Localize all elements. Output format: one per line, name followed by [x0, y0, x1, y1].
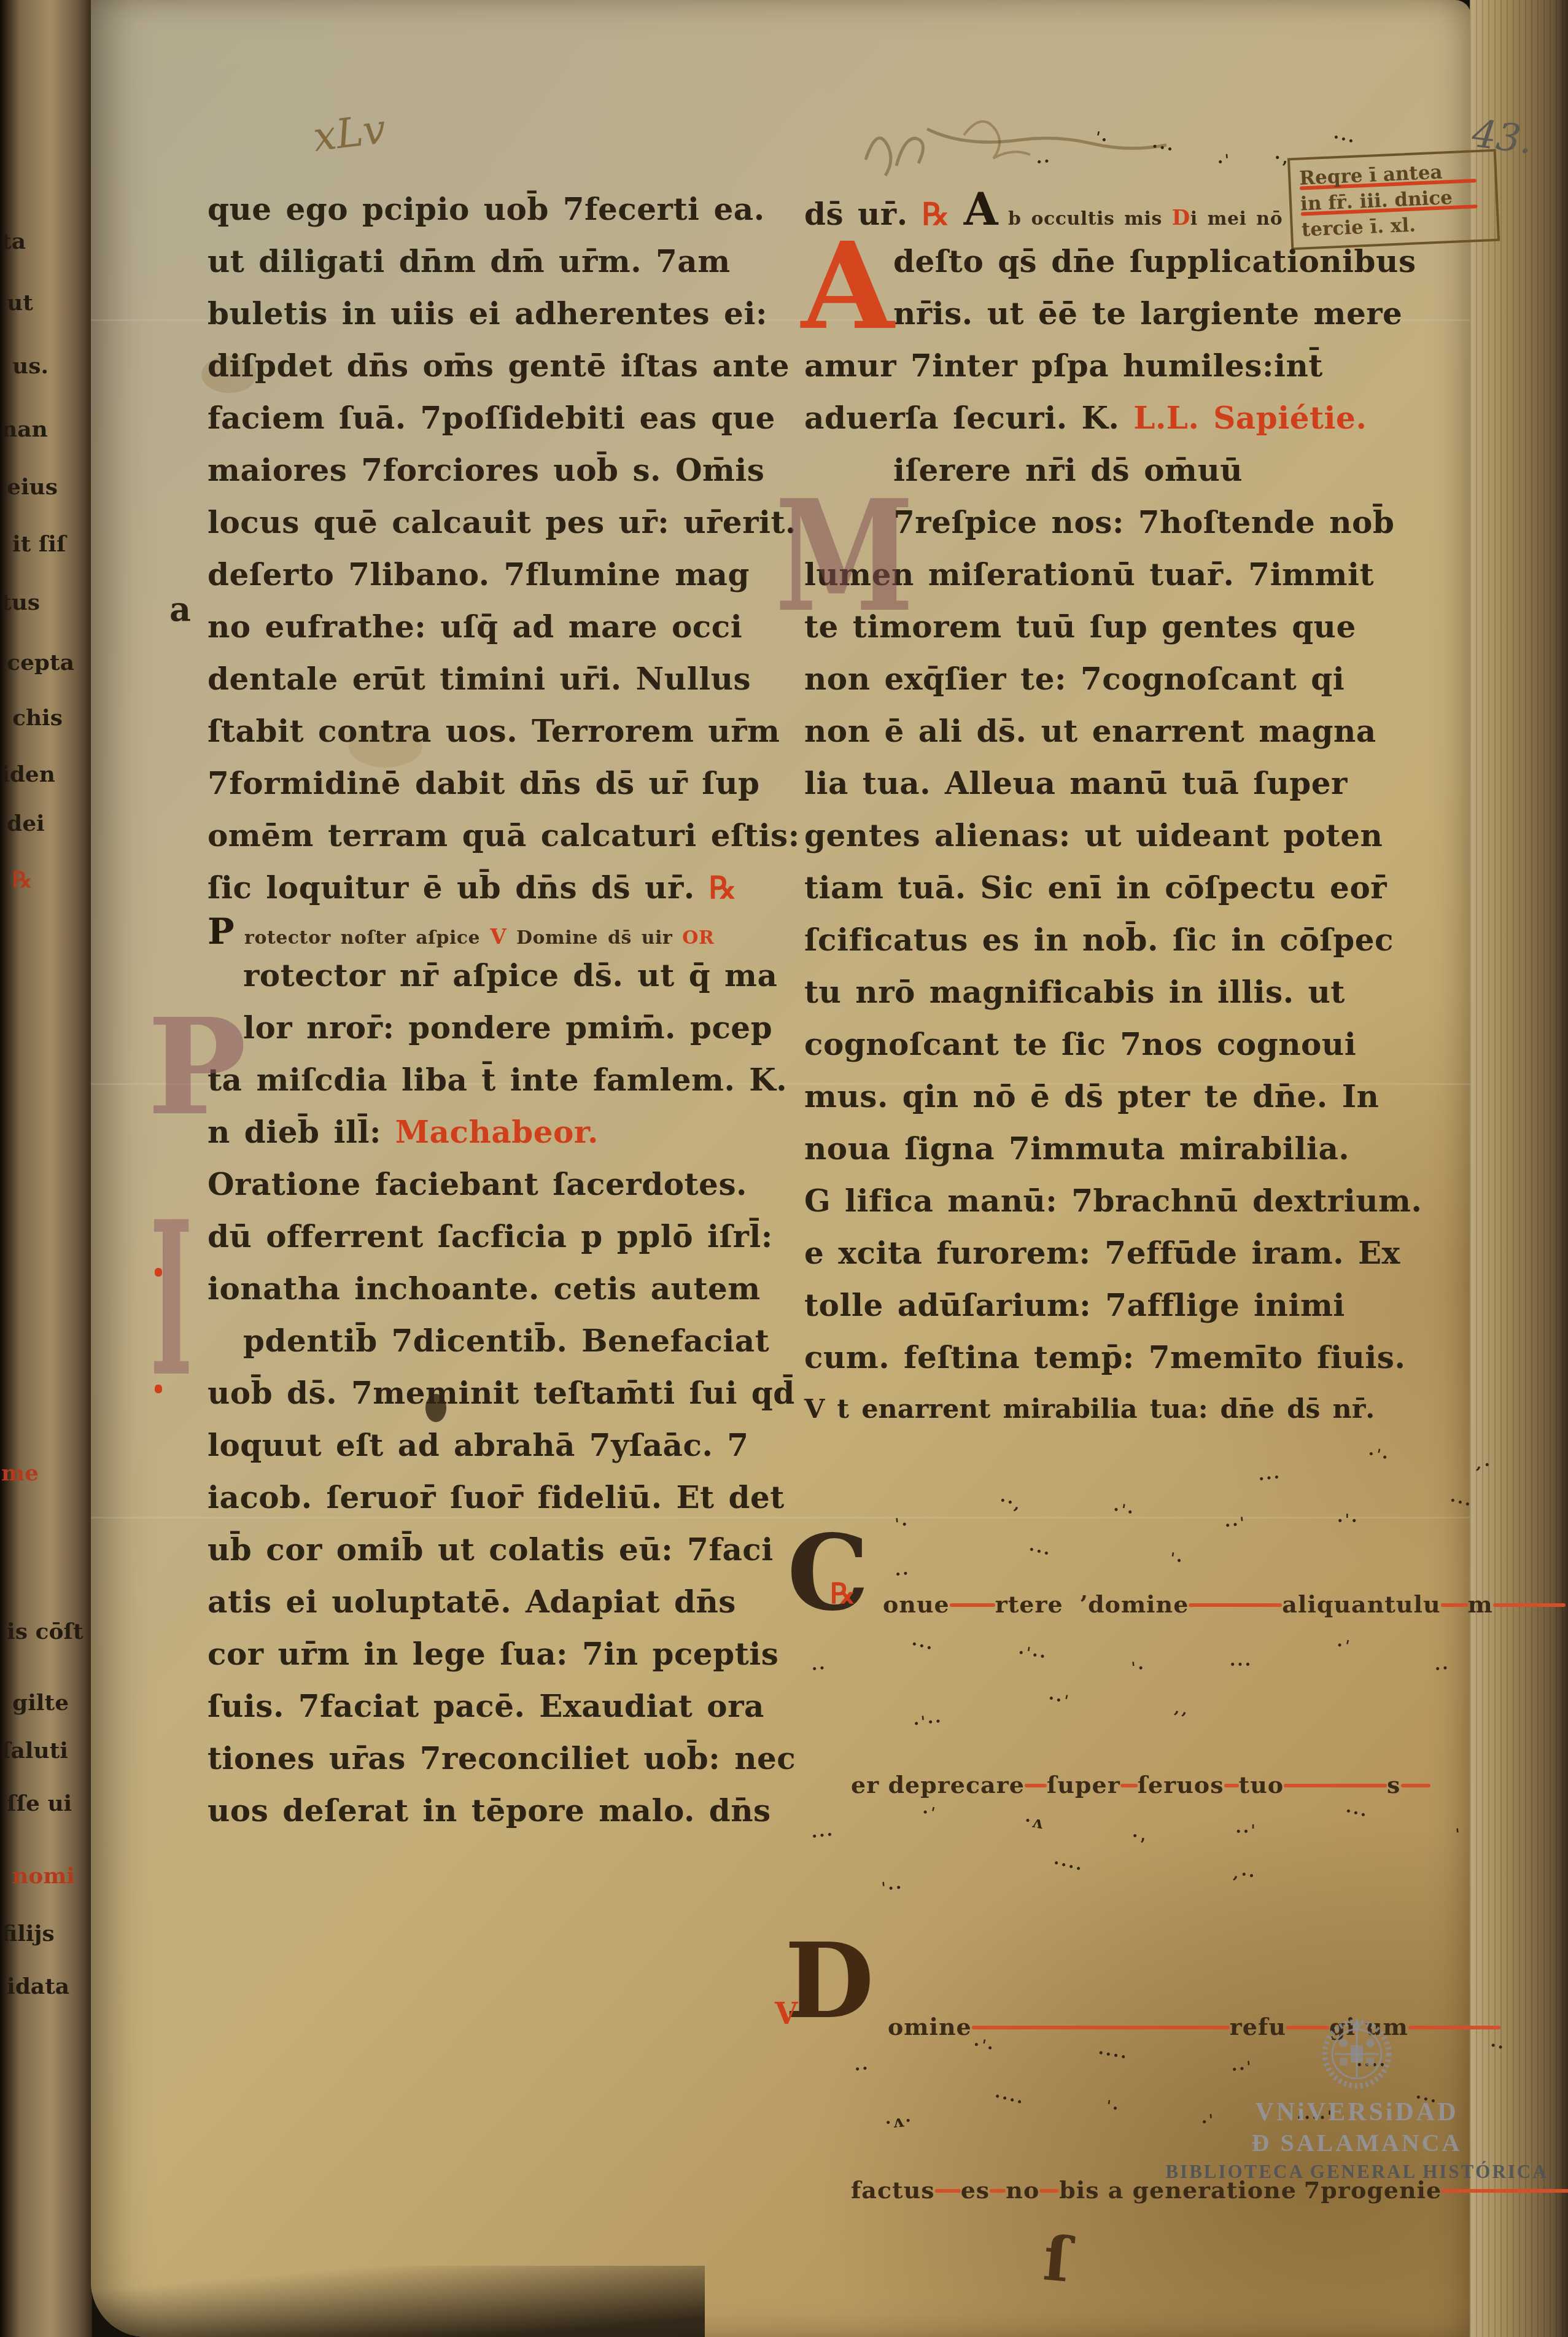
chant-text-line: er deprecareſuperſeruostuos	[851, 1771, 1430, 1798]
red-filler-line	[935, 2189, 961, 2193]
gutter-fragment: ut	[7, 290, 33, 316]
text-run: 7formidinē dabit dn̄s ds̄ ur̄ ſup	[208, 765, 760, 801]
text-line: Oratione faciebant ſacerdotes.	[208, 1158, 788, 1210]
text-run: ſtabit contra uos. Terrorem ur̄m	[208, 713, 780, 749]
music-syllable: m	[1468, 1590, 1493, 1618]
text-run: V	[490, 925, 506, 949]
text-line: cum. feſtina temp̄: 7memīto fiuis.	[804, 1331, 1510, 1383]
text-run: no eufrathe: uſq̄ ad mare occi	[208, 609, 742, 645]
red-filler-line	[950, 1603, 995, 1607]
text-run: tiones ur̄as 7reconciliet uob̄: nec	[208, 1740, 796, 1776]
neume-mark: ˈ·	[1130, 1658, 1146, 1679]
gutter-fragment: eius	[7, 474, 58, 500]
text-run: uob̄ ds̄. 7meminit teſtam̄ti ſui qd̄	[208, 1375, 795, 1411]
text-run: D	[1172, 206, 1190, 230]
text-line: loquut eſt ad abrahā 7yſaāc. 7	[208, 1419, 788, 1471]
text-line: faciem ſuā. 7poſſidebiti eas que	[208, 392, 788, 444]
text-run: mus. qin nō ē ds̄ pter te dn̄e. In	[804, 1078, 1379, 1114]
quire-mark: xLv	[311, 105, 389, 161]
text-line: G lifica manū: 7brachnū dextrium.	[804, 1175, 1510, 1227]
text-run: non exq̄ſier te: 7cognoſcant qi	[804, 661, 1345, 697]
text-run: dū offerrent ſacficia p pplō iſrl̄:	[208, 1218, 773, 1254]
music-syllable: rtere	[995, 1590, 1063, 1618]
text-line: nr̄is. ut ēē te largiente mere	[804, 287, 1510, 340]
text-line: n dieb̄ ill̄: Machabeor.	[208, 1106, 788, 1158]
red-filler-line	[1493, 1603, 1566, 1607]
initial-adesto: A	[801, 226, 894, 346]
text-run: atis ei uoluptatē. Adapiat dn̄s	[208, 1584, 736, 1620]
text-run: cognoſcant te ſic 7nos cognoui	[804, 1026, 1356, 1062]
text-line: ub̄ cor omib̄ ut colatis eū: 7faci	[208, 1523, 788, 1576]
neume-mark: ··	[810, 1658, 828, 1679]
neume-band: ˈ···‚·ˈ···ˈ·ˈ····	[895, 1512, 1472, 1531]
neume-mark: ···	[1230, 1655, 1252, 1674]
gutter-fragment: ta	[1, 228, 26, 254]
text-line: deſto qs̄ dn̄e ſupplicationibus	[804, 235, 1510, 287]
text-line: omēm terram quā calcaturi eſtis:	[208, 809, 788, 861]
text-run: V t enarrent mirabilia tua: dn̄e ds̄ nr̄…	[804, 1394, 1375, 1425]
text-line: lia tua. Alleua manū tuā ſuper	[804, 757, 1510, 809]
gutter-fragment: me	[1, 1460, 39, 1486]
text-run: uos deſerat in tēpore malo. dn̄s	[208, 1792, 771, 1829]
text-line: lor nror̄: pondere pmim̄. pcep	[208, 1001, 788, 1054]
music-syllable: es	[961, 2176, 990, 2204]
neume-mark: ·ˈ··	[913, 1712, 944, 1734]
text-run: cor ur̄m in lege ſua: 7in pceptis	[208, 1636, 778, 1672]
music-syllable: bis	[1059, 2176, 1099, 2204]
neume-band: ·ˈ····ˈ‚‚	[914, 1709, 1190, 1728]
manuscript-photo: tautus.naneiusit ſiſtusceptachisidendei℞…	[0, 0, 1568, 2337]
text-line: tiones ur̄as 7reconciliet uob̄: nec	[208, 1732, 788, 1784]
neume-mark: ···	[810, 1825, 835, 1846]
text-run: buletis in uiis ei adherentes ei:	[208, 295, 767, 332]
text-run: ub̄ cor omib̄ ut colatis eū: 7faci	[208, 1531, 774, 1568]
neume-band: ····ˈ·‚·	[1259, 1465, 1492, 1484]
music-syllable: er deprecare	[851, 1771, 1025, 1798]
initial-convertere: C	[787, 1522, 869, 1625]
neume-mark: ···	[1150, 137, 1176, 160]
text-run: ſic loquitur ē ub̄ dn̄s ds̄ ur̄.	[208, 869, 709, 906]
music-syllable: ʼdomine	[1079, 1590, 1189, 1618]
text-line: ta miſcdia liba t̄ inte famlem. K.	[208, 1054, 788, 1106]
text-run: tiam tuā. Sic enī in cōſpectu eor̄	[804, 869, 1387, 906]
text-run: cum. feſtina temp̄: 7memīto fiuis.	[804, 1339, 1405, 1375]
text-run: deſto qs̄ dn̄e ſupplicationibus	[893, 243, 1416, 279]
text-run: Oratione faciebant ſacerdotes.	[208, 1166, 747, 1202]
text-run: OR	[672, 927, 714, 949]
neume-mark: ‚··	[1232, 1864, 1257, 1886]
text-line: 7formidinē dabit dn̄s ds̄ ur̄ ſup	[208, 757, 788, 809]
red-filler-line	[1224, 1784, 1239, 1787]
text-run: iacob. ſeruor̄ ſuor̄ fideliū. Et det	[208, 1479, 785, 1515]
text-line: deſerto 7libano. 7flumine mag	[208, 548, 788, 601]
text-line: tiam tuā. Sic enī in cōſpectu eor̄	[804, 861, 1510, 914]
text-line: tolle adūſarium: 7afflige inimi	[804, 1279, 1510, 1331]
neume-mark: ·ˈ·	[1337, 1512, 1359, 1531]
gutter-fragment: cepta	[7, 650, 74, 675]
text-run: G lifica manū: 7brachnū dextrium.	[804, 1183, 1422, 1219]
text-run: e xcita furorem: 7effūde iram. Ex	[804, 1235, 1400, 1271]
neume-mark: ··	[894, 1564, 911, 1584]
text-run: nr̄is. ut ēē te largiente mere	[893, 295, 1402, 332]
gutter-fragment: filijs	[1, 1921, 55, 1946]
text-line: que ego pcipio uob̄ 7fecerti ea.	[208, 183, 788, 235]
text-line: ſtabit contra uos. Terrorem ur̄m	[208, 705, 788, 757]
initial-in-diebus: I	[150, 1194, 193, 1406]
neume-mark: ˈ·	[1104, 2098, 1122, 2119]
neume-mark: ˈ·	[894, 1515, 910, 1535]
bottom-shadow	[91, 2266, 705, 2337]
red-filler-line	[1442, 2189, 1568, 2193]
neume-band: ·····ˈ·	[895, 1561, 1184, 1580]
neume-band: ··ˈ·····ˈ·‚···	[1036, 149, 1356, 168]
text-run: gentes alienas: ut uideant poten	[804, 817, 1383, 854]
neume-mark: ‚‚	[1173, 1698, 1192, 1720]
text-line: diſpdet dn̄s om̄s gentē iſtas ante	[208, 340, 788, 392]
neume-mark: ˈ··	[880, 1878, 904, 1899]
text-line: e xcita furorem: 7effūde iram. Ex	[804, 1227, 1510, 1279]
gutter-fragment: is cōſt	[7, 1619, 83, 1644]
chant-text-line: onuertereʼdominealiquantulum	[883, 1590, 1566, 1618]
music-syllable: omine	[888, 2013, 972, 2040]
text-line: uob̄ ds̄. 7meminit teſtam̄ti ſui qd̄	[208, 1367, 788, 1419]
text-line: noua ſigna 7immuta mirabilia.	[804, 1122, 1510, 1175]
verse-mark: V	[775, 1997, 798, 2031]
gutter-fragment: it ſiſ	[12, 531, 66, 557]
music-syllable: ſeruos	[1138, 1771, 1224, 1798]
text-run: ta miſcdia liba t̄ inte famlem. K.	[208, 1062, 787, 1098]
text-run: ſuis. 7faciat pacē. Exaudiat ora	[208, 1688, 764, 1724]
book-gutter: tautus.naneiusit ſiſtusceptachisidendei℞…	[0, 0, 92, 2337]
text-run: dentale erūt timini ur̄i. Nullus	[208, 661, 751, 697]
text-line: dentale erūt timini ur̄i. Nullus	[208, 653, 788, 705]
text-run: omēm terram quā calcaturi eſtis:	[208, 817, 800, 854]
text-line: mus. qin nō ē ds̄ pter te dn̄e. In	[804, 1070, 1510, 1122]
neume-mark: ·‚	[1275, 149, 1290, 168]
text-run: 7reſpice nos: 7hoſtende nob̄	[893, 504, 1394, 540]
text-run: L.L. Sapiétie.	[1133, 400, 1367, 436]
text-line: tu nrō magnificabis in illis. ut	[804, 966, 1510, 1018]
text-line: rotector nr̄ aſpice ds̄. ut q̄ ma	[208, 949, 788, 1001]
music-syllable: onue	[883, 1590, 950, 1618]
text-line: dū offerrent ſacficia p pplō iſrl̄:	[208, 1210, 788, 1262]
library-stamp: VNiVERSiDAD Ð SALAMANCA BIBLIOTECA GENER…	[1160, 2017, 1553, 2183]
neume-mark: ·ʌ·	[885, 2111, 914, 2133]
text-line: maiores 7forciores uob̄ s. Om̄is	[208, 444, 788, 496]
red-dot	[155, 1385, 162, 1393]
red-filler-line	[1284, 1784, 1387, 1787]
text-run: deſerto 7libano. 7flumine mag	[208, 556, 750, 593]
text-line: V t enarrent mirabilia tua: dn̄e ds̄ nr̄…	[804, 1383, 1510, 1436]
text-run: i mei nō	[1190, 208, 1283, 230]
text-run: tu nrō magnificabis in illis. ut	[804, 974, 1345, 1010]
music-syllable: aliquantulu	[1282, 1590, 1440, 1618]
neume-mark: ·‚	[1131, 1826, 1149, 1846]
text-line: locus quē calcauit pes ur̄: ur̄erit.	[208, 496, 788, 548]
text-line: P rotector noſter aſpice V Domine ds̄ ui…	[208, 914, 788, 949]
gutter-fragment: nomi	[12, 1863, 75, 1889]
text-line: ds̄ ur̄. ℞ A b occultis mis Di mei nō	[804, 183, 1510, 235]
gutter-fragment: dei	[7, 811, 45, 836]
gutter-fragment: ſſe ui	[7, 1791, 72, 1816]
text-line: aduerſa ſecuri. K. L.L. Sapiétie.	[804, 392, 1510, 444]
music-syllable: factus	[851, 2176, 935, 2204]
text-run: ℞	[709, 869, 737, 906]
red-filler-line	[1120, 1784, 1138, 1787]
text-run: noua ſigna 7immuta mirabilia.	[804, 1130, 1349, 1167]
text-run: diſpdet dn̄s om̄s gentē iſtas ante	[208, 348, 790, 384]
text-run: ut diligati dn̄m dm̄ ur̄m. 7am	[208, 243, 731, 279]
neume-mark: ‚·	[1475, 1454, 1494, 1476]
red-filler-line	[1039, 2189, 1059, 2193]
red-filler-line	[1189, 1603, 1282, 1607]
text-run: lia tua. Alleua manū tuā ſuper	[804, 765, 1348, 801]
neume-mark: ·ʌ	[1023, 1811, 1046, 1833]
text-line: amur 7inter pſpa humiles:int̄	[804, 340, 1510, 392]
red-dot	[155, 1268, 162, 1277]
text-run: loquut eſt ad abrahā 7yſaāc. 7	[208, 1427, 749, 1463]
gutter-fragment: ſaluti	[1, 1738, 68, 1763]
text-line: ſuis. 7faciat pacē. Exaudiat ora	[208, 1680, 788, 1732]
text-line: ionatha inchoante. cetis autem	[208, 1262, 788, 1315]
text-run: maiores 7forciores uob̄ s. Om̄is	[208, 452, 765, 488]
stamp-text-universidad: VNiVERSiDAD	[1160, 2098, 1553, 2127]
neume-mark: ˈ	[1455, 1826, 1464, 1846]
text-run: que ego pcipio uob̄ 7fecerti ea.	[208, 191, 765, 227]
stamp-text-biblioteca: BIBLIOTECA GENERAL HISTÓRICA	[1160, 2161, 1553, 2183]
text-run: tolle adūſarium: 7afflige inimi	[804, 1287, 1345, 1323]
text-run: P	[208, 911, 235, 952]
neume-mark: ···	[1257, 1468, 1282, 1489]
initial-domine: D	[785, 1929, 874, 2032]
text-column-left: que ego pcipio uob̄ 7fecerti ea.ut dilig…	[208, 183, 788, 1837]
stamp-text-salamanca: Ð SALAMANCA	[1160, 2128, 1553, 2157]
text-run: rotector noſter aſpice	[235, 927, 490, 949]
text-line: non exq̄ſier te: 7cognoſcant qi	[804, 653, 1510, 705]
neume-band: ····ˈ·ʌ·‚··ˈ···ˈ	[812, 1822, 1462, 1841]
text-line: pdentib̄ 7dicentib̄. Benefaciat	[208, 1315, 788, 1367]
text-line: atis ei uoluptatē. Adapiat dn̄s	[208, 1576, 788, 1628]
neume-band: ······ˈ··ˈ·····ˈ··	[812, 1655, 1450, 1674]
initial-miserere: M	[775, 480, 914, 634]
red-filler-line	[1441, 1603, 1468, 1607]
red-filler-line	[1401, 1784, 1430, 1787]
gutter-fragment: tus	[1, 589, 40, 615]
gutter-fragment: ℞	[12, 867, 32, 893]
text-run: A	[964, 183, 998, 235]
text-line: cor ur̄m in lege ſua: 7in pceptis	[208, 1628, 788, 1680]
neume-mark: ·ˈ	[1216, 152, 1232, 172]
neume-mark: ··ˈ	[1235, 1822, 1257, 1841]
red-filler-line	[990, 2189, 1006, 2193]
music-syllable: tuo	[1239, 1771, 1284, 1798]
text-run: rotector nr̄ aſpice ds̄. ut q̄ ma	[243, 957, 777, 994]
text-column-right: ds̄ ur̄. ℞ A b occultis mis Di mei nōdeſ…	[804, 183, 1510, 1436]
text-line: uos deſerat in tēpore malo. dn̄s	[208, 1784, 788, 1837]
text-line: ſcificatus es in nob̄. ſic in cōſpec	[804, 914, 1510, 966]
neume-mark: ··	[1035, 152, 1052, 172]
text-run: Domine ds̄ uir	[506, 927, 672, 949]
text-line: gentes alienas: ut uideant poten	[804, 809, 1510, 861]
text-run: ℞	[922, 196, 964, 232]
text-run: pdentib̄ 7dicentib̄. Benefaciat	[243, 1323, 769, 1359]
red-filler-line	[1025, 1784, 1047, 1787]
text-run: aduerſa ſecuri. K.	[804, 400, 1133, 436]
music-syllable: no	[1006, 2176, 1039, 2204]
university-seal-icon	[1320, 2017, 1394, 2091]
gutter-fragment: chis	[12, 705, 63, 731]
neume-mark: ··	[1434, 1658, 1451, 1679]
text-line: cognoſcant te ſic 7nos cognoui	[804, 1018, 1510, 1070]
gutter-fragment: gilte	[12, 1690, 69, 1716]
music-syllable: ſuper	[1047, 1771, 1120, 1798]
gutter-fragment: iden	[1, 761, 55, 787]
gutter-fragment: idata	[7, 1973, 69, 1999]
initial-protector: P	[147, 1001, 247, 1133]
text-run: faciem ſuā. 7poſſidebiti eas que	[208, 400, 775, 436]
text-run: ſcificatus es in nob̄. ſic in cōſpec	[804, 922, 1394, 958]
gutter-fragment: us.	[12, 353, 49, 379]
neume-mark: ·ˈ·	[1111, 1500, 1136, 1523]
neume-mark: ˈ·	[1168, 1550, 1185, 1571]
margin-letter: a	[169, 589, 191, 629]
text-line: no eufrathe: uſq̄ ad mare occi	[208, 601, 788, 653]
text-line: non ē ali ds̄. ut enarrent magna	[804, 705, 1510, 757]
text-run: non ē ali ds̄. ut enarrent magna	[804, 713, 1376, 749]
text-run: b occultis mis	[998, 208, 1172, 230]
neume-band: ˈ······‚··	[882, 1875, 1256, 1894]
neume-mark: ··ˈ	[1224, 1514, 1248, 1536]
neume-mark: ··	[853, 2059, 871, 2079]
text-run: lor nror̄: pondere pmim̄. pcep	[243, 1009, 772, 1046]
text-run: iſerere nr̄i ds̄ om̄uū	[893, 452, 1243, 488]
text-line: iacob. ſeruor̄ ſuor̄ fideliū. Et det	[208, 1471, 788, 1523]
text-line: buletis in uiis ei adherentes ei:	[208, 287, 788, 340]
gutter-fragment: nan	[1, 416, 48, 442]
music-syllable: s	[1387, 1771, 1400, 1798]
text-run: ionatha inchoante. cetis autem	[208, 1270, 761, 1307]
responsory-mark: ℞	[830, 1577, 855, 1610]
text-line: ut diligati dn̄m dm̄ ur̄m. 7am	[208, 235, 788, 287]
text-line: ſic loquitur ē ub̄ dn̄s ds̄ ur̄. ℞	[208, 861, 788, 914]
text-run: Machabeor.	[395, 1114, 599, 1150]
text-run: locus quē calcauit pes ur̄: ur̄erit.	[208, 504, 796, 540]
